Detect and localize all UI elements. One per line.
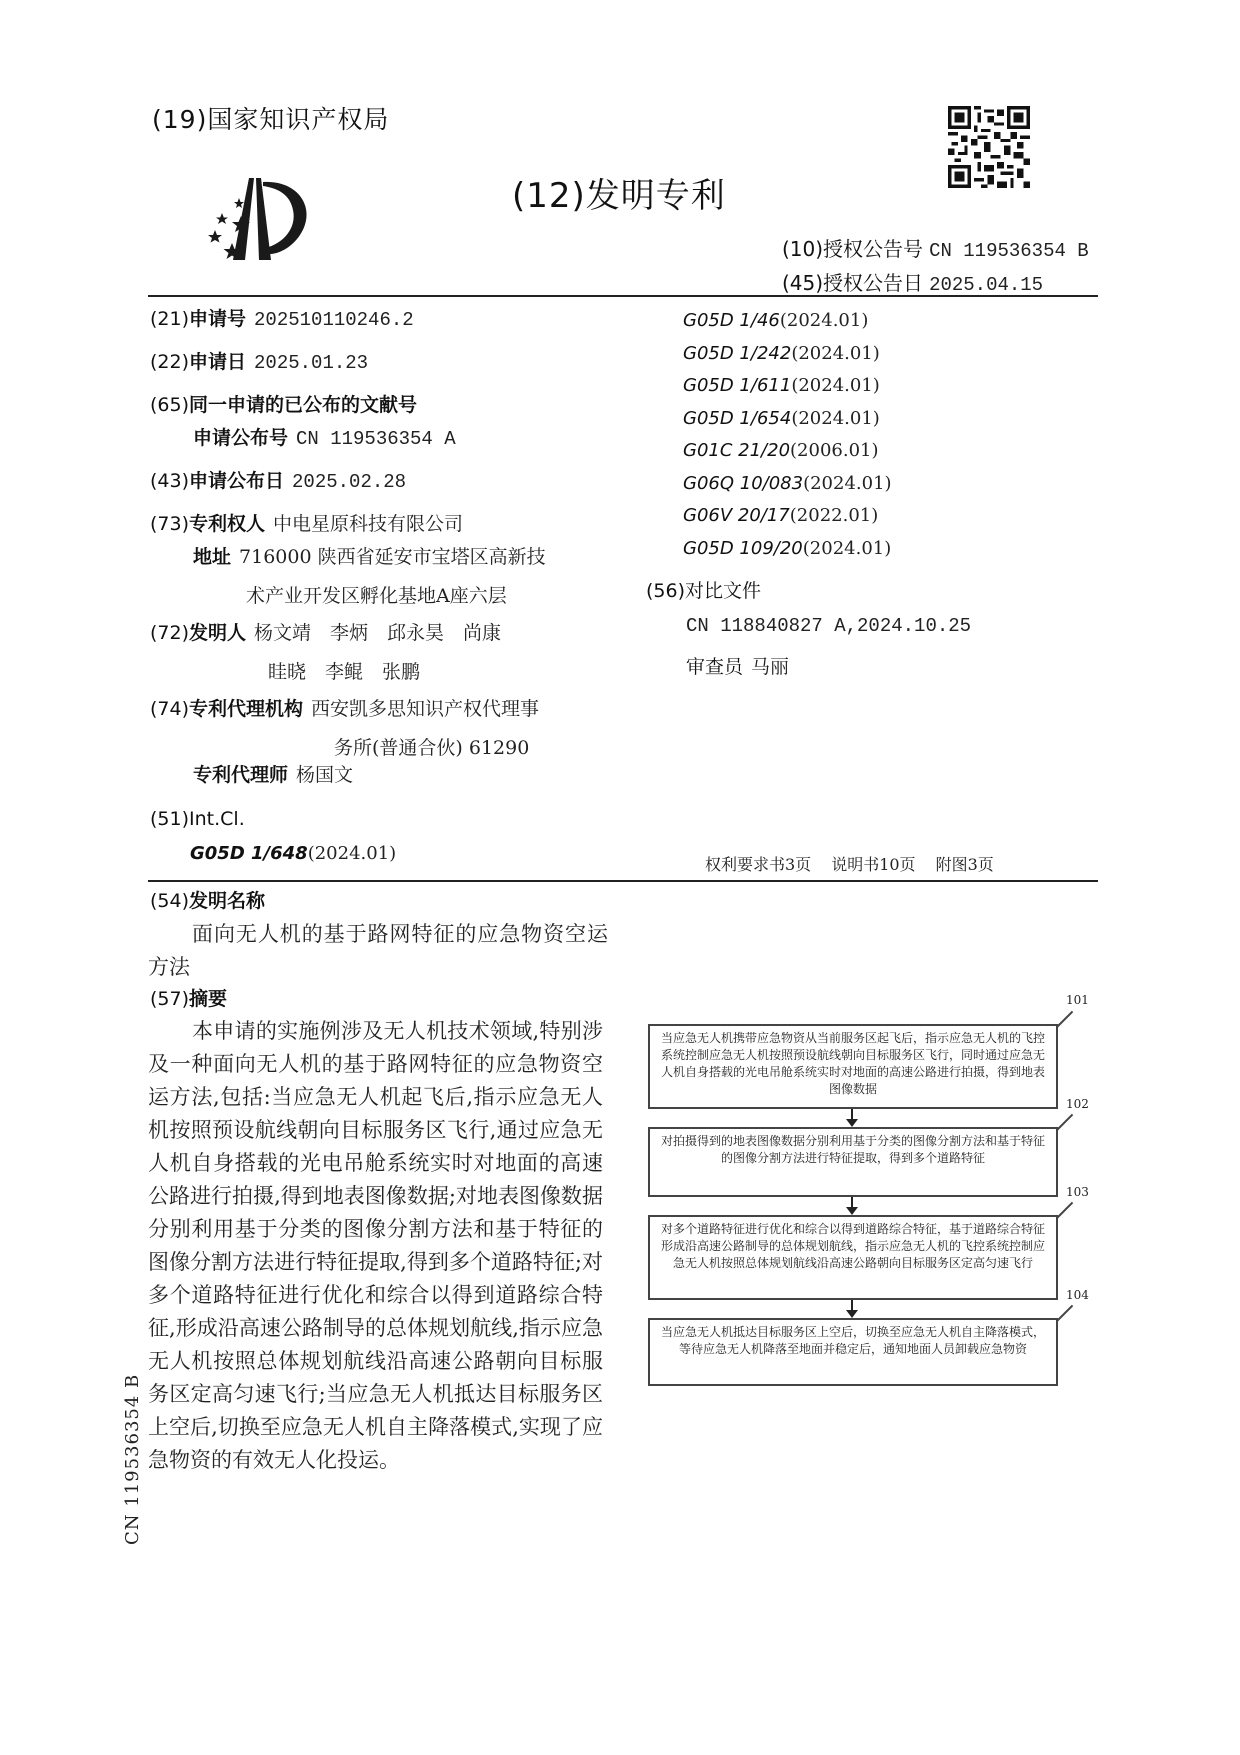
step-leader-line (1056, 1011, 1073, 1028)
ipc-list: G05D 1/46(2024.01) G05D 1/242(2024.01) G… (683, 310, 892, 570)
grant-publication-date-value: 2025.04.15 (929, 274, 1043, 296)
int-cl-main: G05D 1/648(2024.01) (190, 843, 396, 864)
flow-arrow (851, 1109, 853, 1121)
application-date: (22)申请日2025.01.23 (150, 353, 368, 373)
invention-title: 面向无人机的基于路网特征的应急物资空运方法 (148, 918, 608, 984)
flow-arrow (851, 1300, 853, 1312)
patentee-address-line2: 术产业开发区孵化基地A座六层 (246, 581, 507, 608)
patent-agent: 专利代理师杨国文 (193, 766, 353, 785)
grant-publication-date-label: (45)授权公告日 (782, 271, 923, 295)
top-divider (148, 295, 1098, 297)
abstract-heading: (57)摘要 (150, 990, 227, 1009)
cited-references-heading: (56)对比文件 (646, 582, 761, 601)
examiner: 审查员马丽 (686, 658, 789, 677)
ipc-entry: G05D 1/611(2024.01) (683, 375, 892, 408)
grant-publication-number-value: CN 119536354 B (929, 240, 1089, 262)
description-pages: 说明书10页 (831, 855, 915, 874)
inventors-line2: 眭晓 李鲲 张鹏 (268, 657, 420, 684)
patentee-address: 地址716000 陕西省延安市宝塔区高新技 (193, 548, 546, 567)
flow-step-104: 当应急无人机抵达目标服务区上空后，切换至应急无人机自主降落模式，等待应急无人机降… (648, 1318, 1058, 1386)
side-publication-number: CN 119536354 B (122, 1374, 143, 1545)
prior-publication-heading: (65)同一申请的已公布的文献号 (150, 396, 417, 415)
flow-arrow (851, 1197, 853, 1209)
step-number: 103 (1066, 1185, 1089, 1199)
step-number: 104 (1066, 1288, 1089, 1302)
int-cl-heading: (51)Int.Cl. (150, 810, 245, 829)
flow-step-103: 对多个道路特征进行优化和综合以得到道路综合特征，基于道路综合特征形成沿高速公路制… (648, 1215, 1058, 1300)
ipc-entry: G05D 1/654(2024.01) (683, 408, 892, 441)
ipc-entry: G06Q 10/083(2024.01) (683, 473, 892, 506)
patent-agency: (74)专利代理机构西安凯多思知识产权代理事 (150, 700, 539, 719)
application-publication-number: 申请公布号CN 119536354 A (193, 429, 456, 449)
grant-publication-number-label: (10)授权公告号 (782, 237, 923, 261)
step-leader-line (1056, 1305, 1073, 1322)
patentee: (73)专利权人中电星原科技有限公司 (150, 515, 463, 534)
application-number: (21)申请号202510110246.2 (150, 310, 414, 330)
page-counts: 权利要求书3页说明书10页附图3页 (705, 852, 1014, 875)
cited-reference: CN 118840827 A,2024.10.25 (686, 615, 971, 637)
ipc-entry: G06V 20/17(2022.01) (683, 505, 892, 538)
patent-agency-line2: 务所(普通合伙) 61290 (334, 733, 529, 760)
step-leader-line (1056, 1202, 1073, 1219)
cnipa-logo-icon (205, 170, 330, 265)
grant-publication-date: (45)授权公告日2025.04.15 (782, 267, 1043, 296)
claims-pages: 权利要求书3页 (705, 855, 811, 874)
abstract-text: 本申请的实施例涉及无人机技术领域,特别涉及一种面向无人机的基于路网特征的应急物资… (148, 1015, 603, 1477)
invention-title-heading: (54)发明名称 (150, 892, 265, 911)
ipc-entry: G05D 109/20(2024.01) (683, 538, 892, 571)
document-type: (12)发明专利 (512, 168, 726, 217)
flow-step-102: 对拍摄得到的地表图像数据分别利用基于分类的图像分割方法和基于特征的图像分割方法进… (648, 1127, 1058, 1197)
inventors: (72)发明人杨文靖 李炳 邱永昊 尚康 (150, 624, 501, 643)
ipc-entry: G05D 1/46(2024.01) (683, 310, 892, 343)
ipc-entry: G01C 21/20(2006.01) (683, 440, 892, 473)
grant-publication-number: (10)授权公告号CN 119536354 B (782, 233, 1089, 262)
qr-code-icon[interactable] (948, 106, 1030, 188)
middle-divider (148, 880, 1098, 882)
step-leader-line (1056, 1114, 1073, 1131)
office-name: (19)国家知识产权局 (152, 100, 389, 136)
flow-step-101: 当应急无人机携带应急物资从当前服务区起飞后，指示应急无人机的飞控系统控制应急无人… (648, 1024, 1058, 1109)
step-number: 101 (1066, 993, 1089, 1007)
ipc-entry: G05D 1/242(2024.01) (683, 343, 892, 376)
drawings-pages: 附图3页 (936, 855, 994, 874)
application-publication-date: (43)申请公布日2025.02.28 (150, 472, 406, 492)
step-number: 102 (1066, 1097, 1089, 1111)
